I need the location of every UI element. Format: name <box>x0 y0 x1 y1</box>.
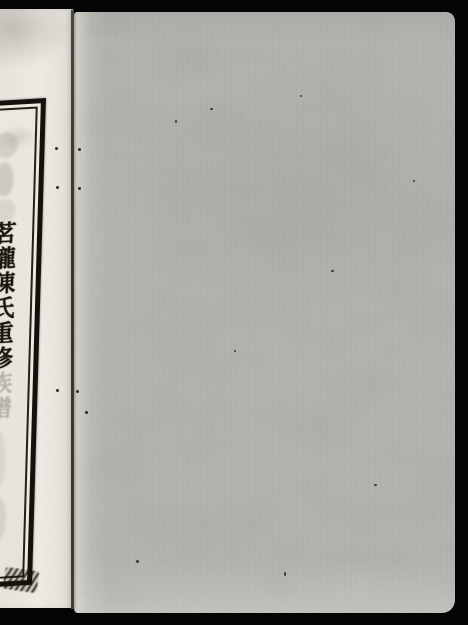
title-column: 茗 壠 陳 氏 重 修 族 譜 <box>0 109 36 544</box>
faded-ink-smudge <box>0 162 14 197</box>
faded-ink-smudge <box>0 495 7 542</box>
title-slip: 茗 壠 陳 氏 重 修 族 譜 <box>0 98 46 589</box>
faded-ink-smudge <box>0 430 6 491</box>
binding-hole <box>55 147 58 150</box>
speck <box>374 484 377 486</box>
cover-page <box>74 12 455 613</box>
title-character-faded: 譜 <box>0 395 27 424</box>
book-scan: 茗 壠 陳 氏 重 修 族 譜 <box>0 0 468 625</box>
speck <box>413 180 415 182</box>
binding-hole <box>85 411 88 414</box>
ink-blotch <box>3 567 40 594</box>
faded-ink-smudge <box>0 199 16 222</box>
binding-hole <box>78 148 81 151</box>
spine-page: 茗 壠 陳 氏 重 修 族 譜 <box>0 9 73 608</box>
speck <box>234 350 236 352</box>
speck <box>210 108 213 110</box>
speck <box>284 572 286 576</box>
binding-hole <box>56 389 59 392</box>
binding-hole <box>56 186 59 189</box>
speck <box>300 95 302 97</box>
faded-ink-smudge <box>0 132 18 159</box>
binding-hole <box>78 187 81 190</box>
speck <box>175 120 177 123</box>
speck <box>136 560 139 563</box>
speck <box>331 270 334 272</box>
title-slip-inner-border: 茗 壠 陳 氏 重 修 族 譜 <box>0 106 38 581</box>
binding-hole <box>76 390 79 393</box>
